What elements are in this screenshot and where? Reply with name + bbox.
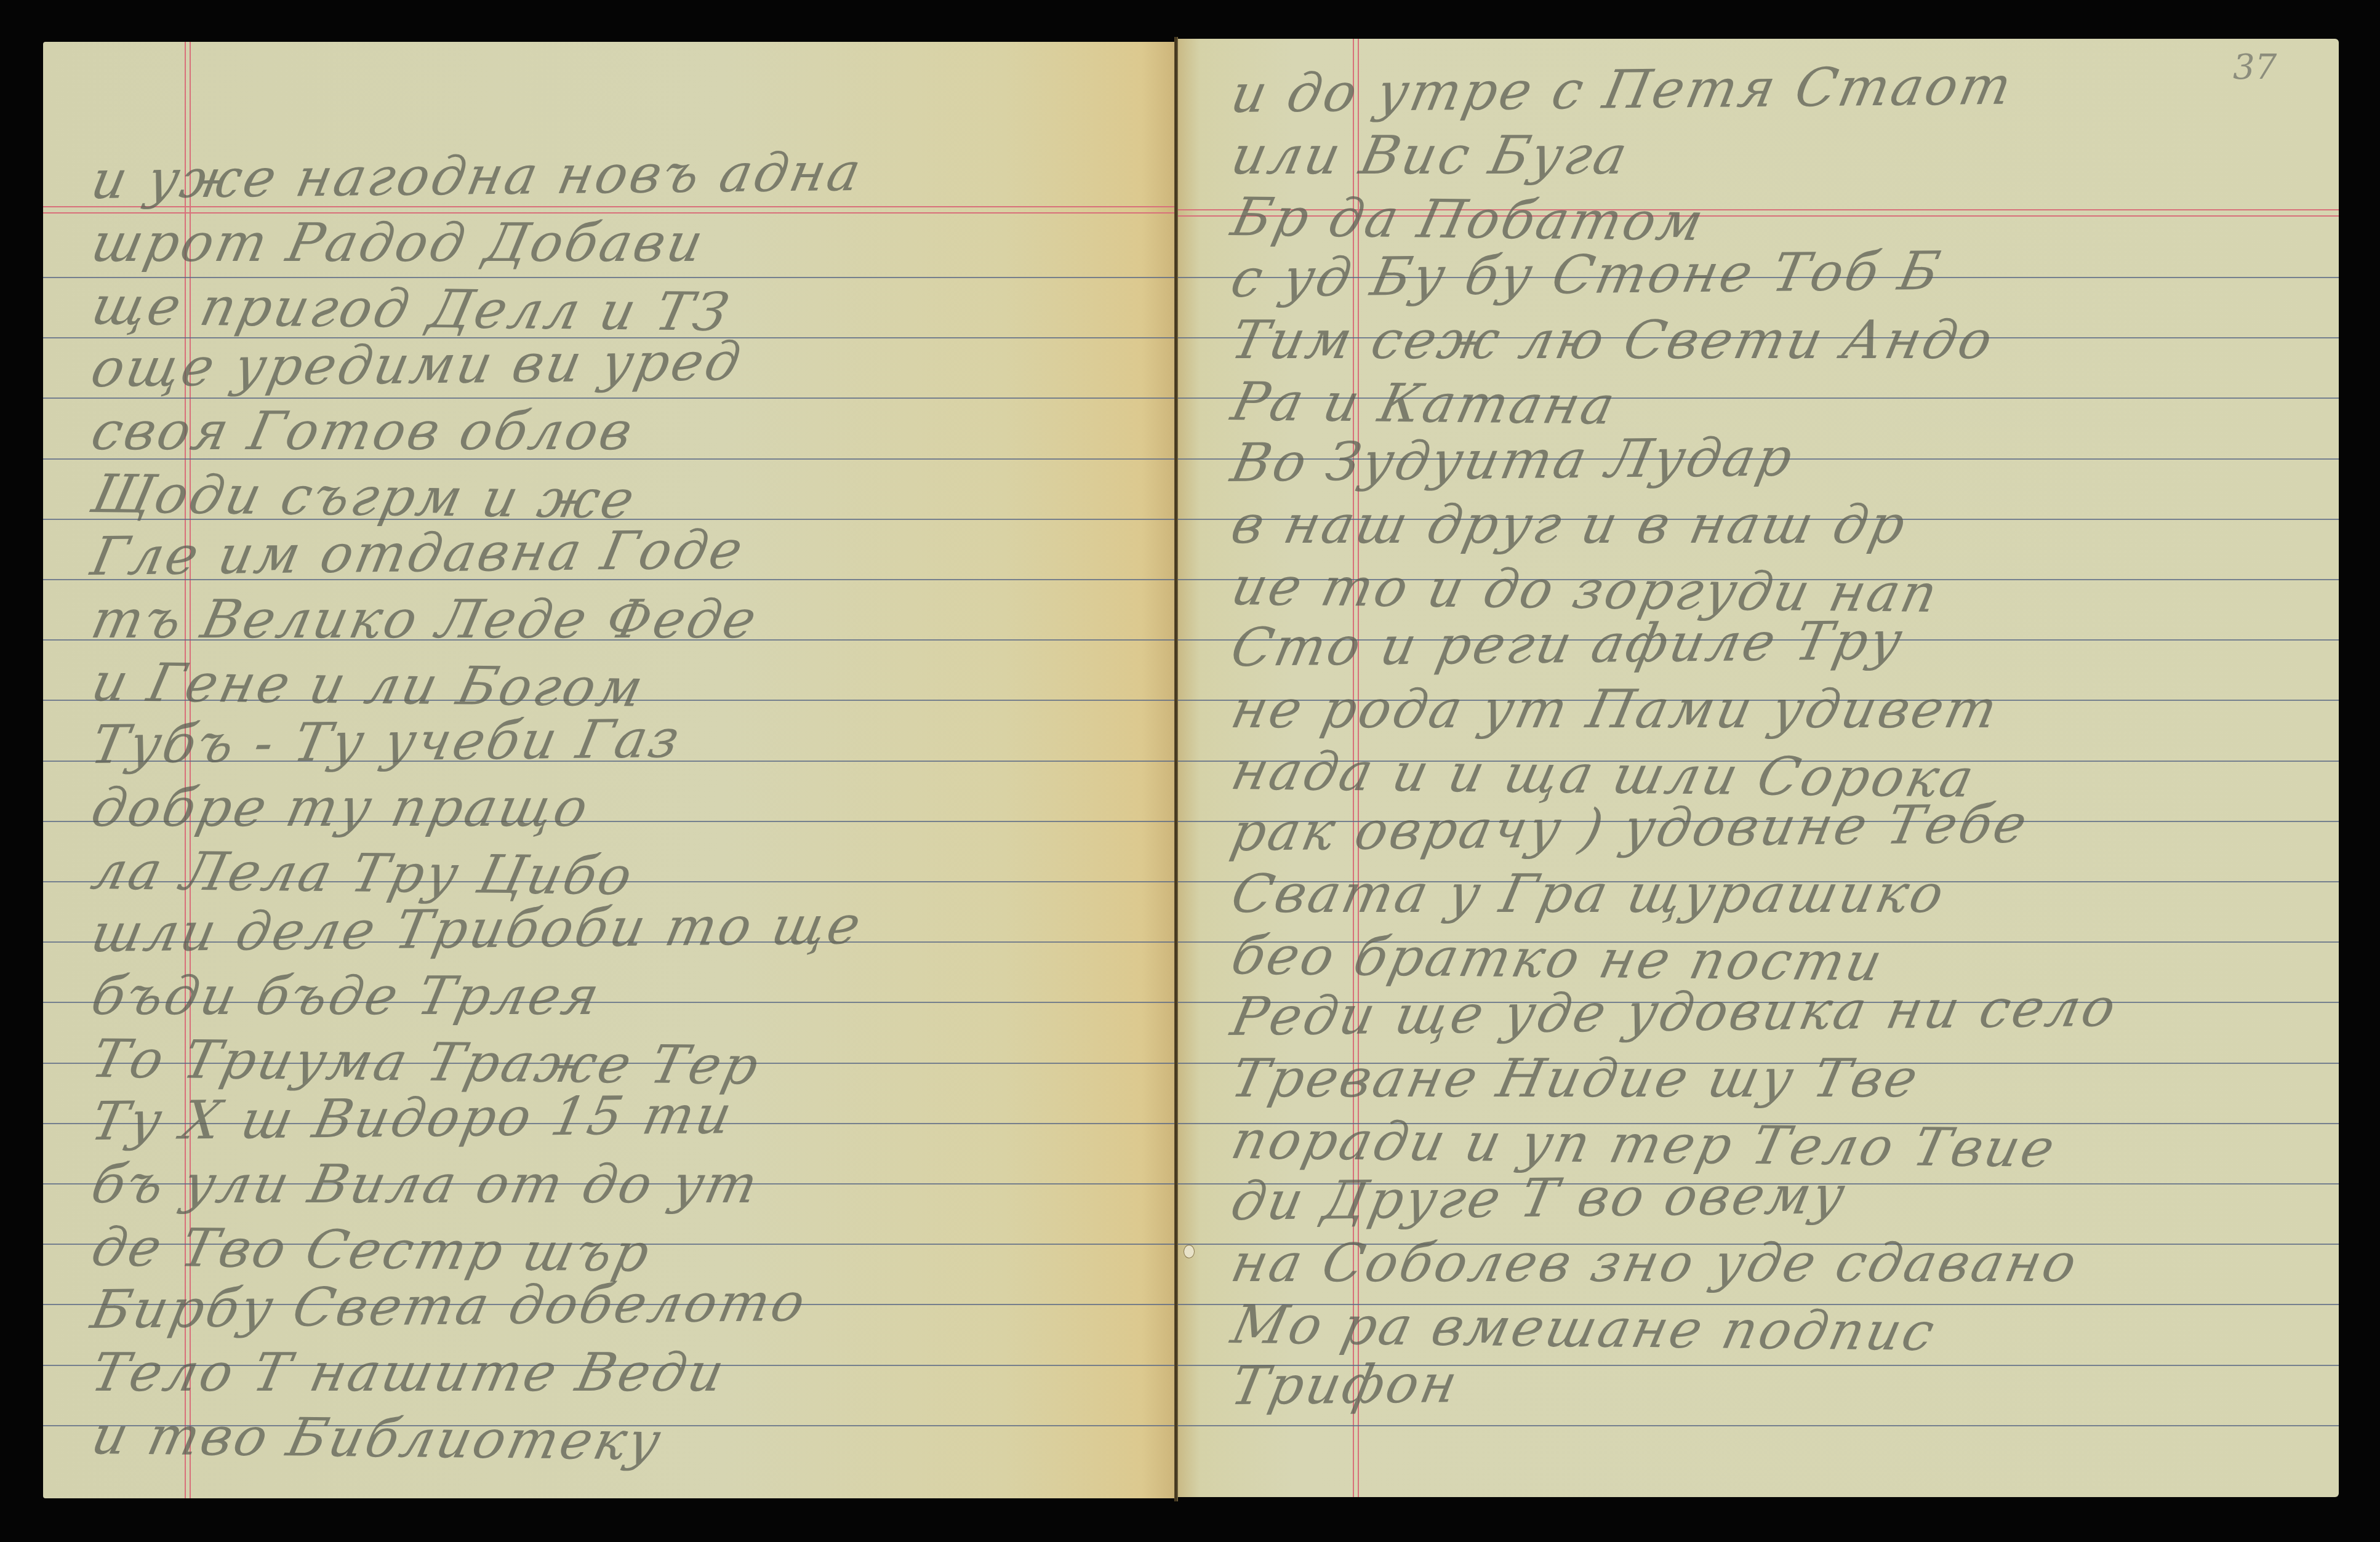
handwritten-line: Ра и Катана	[1226, 371, 1622, 436]
handwritten-line: бъди бъде Трлея	[86, 965, 607, 1027]
staple-hole	[1184, 1245, 1195, 1258]
handwritten-line: ди Друге Т во овему	[1226, 1164, 1853, 1232]
handwritten-line: Тубъ - Ту учеби Газ	[86, 708, 687, 776]
handwritten-line: шрот Радод Добави	[86, 212, 711, 274]
handwritten-line: своя Готов облов	[86, 401, 640, 462]
handwritten-line: Трифон	[1226, 1353, 1465, 1417]
handwritten-line: с уд Бу бу Стоне Тоб Б	[1226, 241, 1947, 310]
handwritten-line: на Соболев зно уде сдавано	[1226, 1232, 2084, 1294]
handwritten-line: Во Зудуита Лудар	[1226, 426, 1800, 494]
right-page: и до утре с Петя Стаотили Вис БугаБр да …	[1177, 39, 2339, 1497]
handwritten-line: рак оврачу ) удовине Тебе	[1226, 793, 2034, 863]
handwritten-line: не рода ут Пами удивет	[1226, 679, 2005, 740]
handwritten-line: тъ Велико Леде Феде	[86, 589, 764, 650]
handwritten-line: Реди ще уде удовика ни село	[1226, 977, 2123, 1048]
handwritten-line: Бирбу Света добелото	[86, 1272, 812, 1341]
handwritten-line: Мо ра вмешане подпис	[1226, 1294, 1942, 1363]
handwritten-line: и тво Библиотеку	[86, 1405, 668, 1472]
handwritten-line: Тело Т нашите Веди	[86, 1342, 732, 1404]
handwritten-line: Свата у Гра щурашико	[1226, 863, 1952, 925]
handwritten-line: Щоди съгрм и же	[86, 463, 642, 530]
handwritten-line: добре ту пращо	[86, 777, 596, 839]
handwritten-line: Гле им отдавна Годе	[86, 519, 750, 588]
handwritten-line: Треване Нидие шу Тве	[1226, 1048, 1925, 1109]
handwritten-line: шли деле Трибоби то ще	[86, 895, 868, 964]
page-number: 37	[2233, 47, 2277, 87]
handwritten-line: Сто и реги афиле Тру	[1226, 610, 1910, 679]
handwritten-line: в наш друг и в наш др	[1226, 494, 1913, 556]
handwritten-line: бъ ули Вила от до ут	[86, 1154, 765, 1215]
handwritten-line: Бр да Побатом	[1226, 186, 1711, 253]
handwritten-line: или Вис Буга	[1226, 125, 1635, 186]
handwritten-line: Ту Х ш Видоро 15 ти	[86, 1084, 739, 1153]
handwritten-line: ла Лела Тру Цибо	[86, 840, 640, 907]
handwritten-line: още уредими ви уред	[86, 331, 748, 399]
handwritten-line: и уже нагодна новъ адна	[86, 142, 868, 211]
handwritten-line: и до утре с Петя Стаот	[1226, 55, 2019, 125]
binding-spine	[1174, 37, 1178, 1501]
left-page: и уже нагодна новъ аднашрот Радод Добави…	[43, 42, 1176, 1498]
handwritten-line: Тим сеж лю Свети Андо	[1226, 310, 2000, 371]
ruled-line	[1177, 1425, 2339, 1426]
